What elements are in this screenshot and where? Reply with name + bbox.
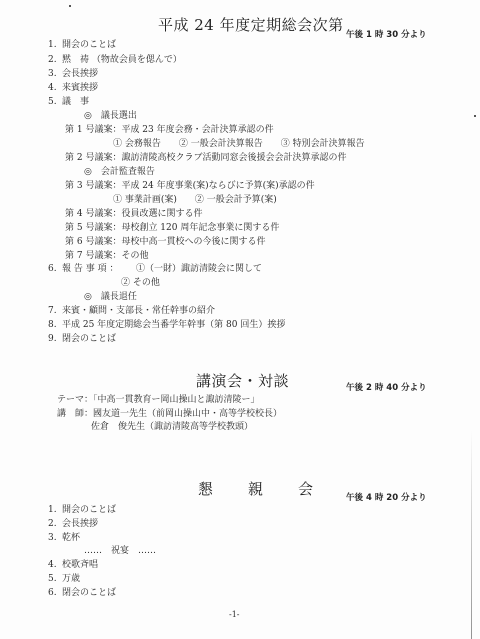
item-number: 4.: [48, 83, 62, 94]
agenda-item: 3.会長挨拶: [48, 69, 98, 80]
report-label: 報 告 事 項 ：: [62, 264, 136, 275]
agenda-item: 7.来賓・顧問・支部長・常任幹事の紹介: [48, 306, 215, 317]
item-text: 万歳: [62, 574, 80, 584]
party-item: 1.開会のことば: [48, 505, 116, 516]
item-number: 9.: [48, 334, 62, 345]
item-number: 7.: [48, 306, 62, 317]
motion-2: 第 2 号議案：諏訪清陵高校クラブ活動同窓会後援会会計決算承認の件: [65, 153, 346, 164]
lecture-theme: テーマ：「中高一貫教育ー岡山操山と諏訪清陵ー」: [57, 395, 260, 406]
scan-speck: [69, 5, 71, 7]
agenda-start-time: 午後 1 時 30 分より: [346, 28, 427, 40]
lecture-speaker-2: 佐倉 俊先生（諏訪清陵高等学校教頭）: [91, 422, 253, 433]
agenda-item: 9.閉会のことば: [48, 334, 116, 345]
item-text: 来賓・顧問・支部長・常任幹事の紹介: [62, 306, 215, 316]
party-item: 4.校歌斉唱: [48, 560, 98, 571]
lecture-start-time: 午後 2 時 40 分より: [346, 381, 427, 393]
item-text: 校歌斉唱: [62, 560, 98, 570]
item-text: 来賓挨拶: [62, 83, 98, 93]
motion-1: 第 1 号議案：平成 23 年度会務・会計決算承認の件: [65, 125, 274, 136]
item-number: 6.: [48, 588, 62, 599]
item-text: 閉会のことば: [62, 588, 116, 598]
party-item: 5.万歳: [48, 574, 80, 585]
agenda-item: 8.平成 25 年度定期総会当番学年幹事（第 80 回生）挨拶: [48, 320, 285, 331]
report-sub-2: ② その他: [121, 278, 160, 289]
banquet-label: …… 祝宴 ……: [84, 546, 156, 557]
document-page: 平成 24 年度定期総会次第 午後 1 時 30 分より 1.開会のことば 2.…: [0, 0, 480, 639]
motion-5: 第 5 号議案：母校創立 120 周年記念事業に関する件: [65, 223, 279, 234]
item-number: 1.: [48, 40, 62, 51]
motion-1-subitems: ① 会務報告 ② 一般会計決算報告 ③ 特別会計決算報告: [113, 139, 365, 150]
chair-resign: ◎ 議長退任: [84, 292, 137, 303]
item-number: 3.: [48, 69, 62, 80]
motion-3-subitems: ① 事業計画(案) ② 一般会計予算(案): [113, 195, 277, 206]
item-number: 4.: [48, 560, 62, 571]
agenda-item: 4.来賓挨拶: [48, 83, 98, 94]
item-number: 1.: [48, 505, 62, 516]
item-number: 2.: [48, 55, 62, 66]
item-number: 3.: [48, 533, 62, 544]
agenda-item: 1.開会のことば: [48, 40, 116, 51]
report-items: 6.報 告 事 項 ：①（一財）諏訪清陵会に関して: [48, 264, 262, 275]
motion-6: 第 6 号議案：母校中高一貫校への今後に関する件: [65, 237, 265, 248]
agenda-title: 平成 24 年度定期総会次第: [158, 14, 344, 35]
lecture-title: 講演会・対談: [196, 370, 289, 391]
audit-report: ◎ 会計監査報告: [84, 167, 155, 178]
motion-3: 第 3 号議案：平成 24 年度事業(案)ならびに予算(案)承認の件: [65, 181, 315, 192]
report-sub-1: ①（一財）諏訪清陵会に関して: [136, 264, 262, 274]
item-text: 黙 祷 （物故会員を偲んで）: [62, 55, 182, 65]
party-start-time: 午後 4 時 20 分より: [346, 491, 427, 503]
motion-4: 第 4 号議案：役員改選に関する件: [65, 209, 202, 220]
scan-speck: [474, 115, 476, 117]
item-text: 会長挨拶: [62, 519, 98, 529]
item-number: 5.: [48, 97, 62, 108]
item-number: 6.: [48, 264, 62, 275]
party-item: 2.会長挨拶: [48, 519, 98, 530]
item-number: 8.: [48, 320, 62, 331]
chair-election: ◎ 議長選出: [84, 111, 137, 122]
item-text: 開会のことば: [62, 505, 116, 515]
item-text: 開会のことば: [62, 40, 116, 50]
scan-edge-line: [471, 430, 472, 639]
item-text: 議 事: [62, 97, 89, 107]
item-number: 2.: [48, 519, 62, 530]
motion-7: 第 7 号議案：その他: [65, 251, 148, 262]
party-item: 3.乾杯: [48, 533, 80, 544]
item-text: 平成 25 年度定期総会当番学年幹事（第 80 回生）挨拶: [62, 320, 285, 330]
item-text: 乾杯: [62, 533, 80, 543]
party-item: 6.閉会のことば: [48, 588, 116, 599]
lecture-speaker-1: 講 師：國友道一先生（前岡山操山中・高等学校校長）: [57, 409, 282, 420]
item-text: 閉会のことば: [62, 334, 116, 344]
agenda-item: 5.議 事: [48, 97, 89, 108]
agenda-item: 2.黙 祷 （物故会員を偲んで）: [48, 55, 182, 66]
item-number: 5.: [48, 574, 62, 585]
party-title: 懇 親 会: [198, 478, 323, 499]
item-text: 会長挨拶: [62, 69, 98, 79]
page-number: -1-: [229, 609, 240, 620]
